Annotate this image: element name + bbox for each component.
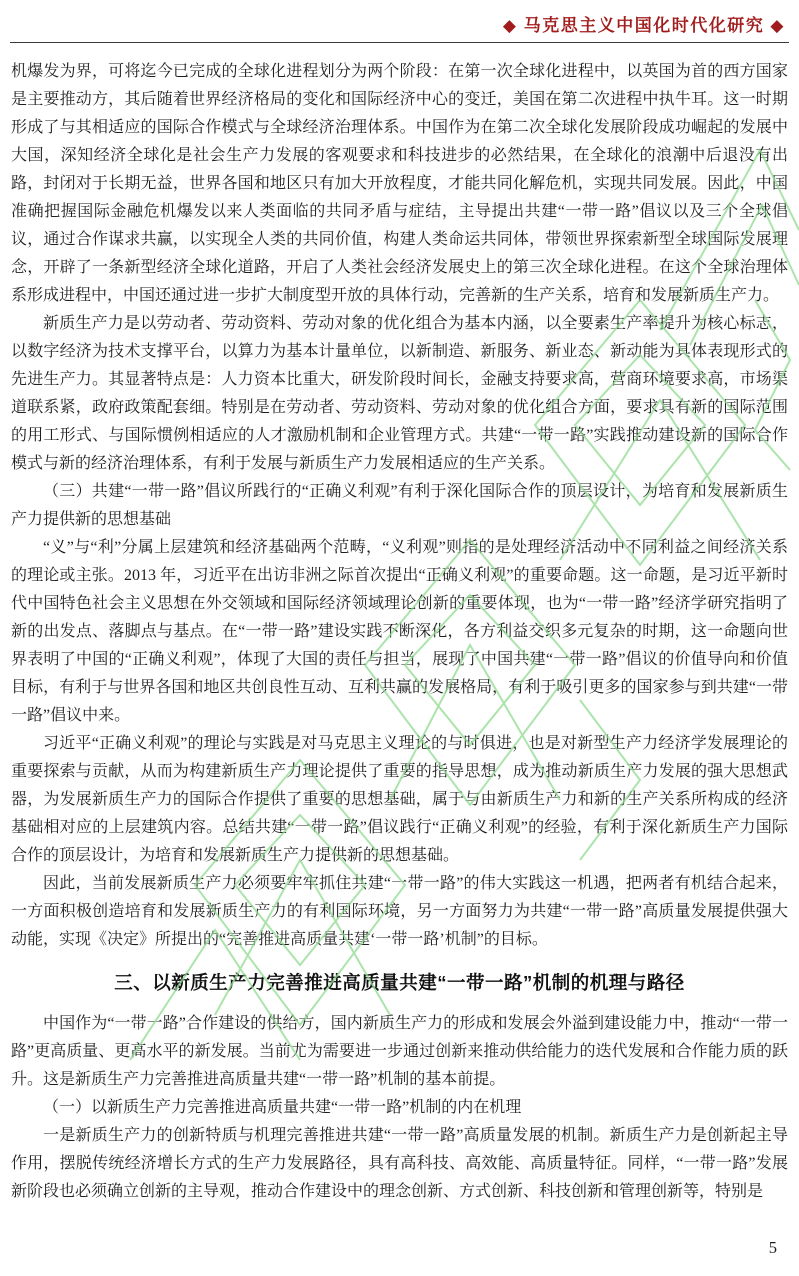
article-body: 机爆发为界，可将迄今已完成的全球化进程划分为两个阶段：在第一次全球化进程中，以英… (11, 58, 788, 1206)
journal-page: ◆ 马克思主义中国化时代化研究 ◆ 机爆发为界，可将迄今已完成的全 (0, 0, 799, 1276)
body-paragraph: 一是新质生产力的创新特质与机理完善推进共建“一带一路”高质量发展的机制。新质生产… (11, 1122, 788, 1206)
body-paragraph: 机爆发为界，可将迄今已完成的全球化进程划分为两个阶段：在第一次全球化进程中，以英… (11, 58, 788, 310)
section-heading: 三、以新质生产力完善推进高质量共建“一带一路”机制的机理与路径 (11, 969, 788, 997)
page-number: 5 (769, 1238, 777, 1258)
body-paragraph: 习近平“正确义利观”的理论与实践是对马克思主义理论的与时俱进，也是对新型生产力经… (11, 730, 788, 870)
body-paragraph: 因此，当前发展新质生产力必须要牢牢抓住共建“一带一路”的伟大实践这一机遇，把两者… (11, 870, 788, 954)
subsection-heading: （一）以新质生产力完善推进高质量共建“一带一路”机制的内在机理 (11, 1094, 788, 1122)
header-rule (10, 42, 789, 43)
body-paragraph: 新质生产力是以劳动者、劳动资料、劳动对象的优化组合为基本内涵，以全要素生产率提升… (11, 310, 788, 478)
running-head: ◆ 马克思主义中国化时代化研究 ◆ (0, 0, 799, 40)
body-paragraph: “义”与“利”分属上层建筑和经济基础两个范畴，“义利观”则指的是处理经济活动中不… (11, 534, 788, 730)
subsection-heading: （三）共建“一带一路”倡议所践行的“正确义利观”有利于深化国际合作的顶层设计，为… (11, 478, 788, 534)
body-paragraph: 中国作为“一带一路”合作建设的供给方，国内新质生产力的形成和发展会外溢到建设能力… (11, 1010, 788, 1094)
